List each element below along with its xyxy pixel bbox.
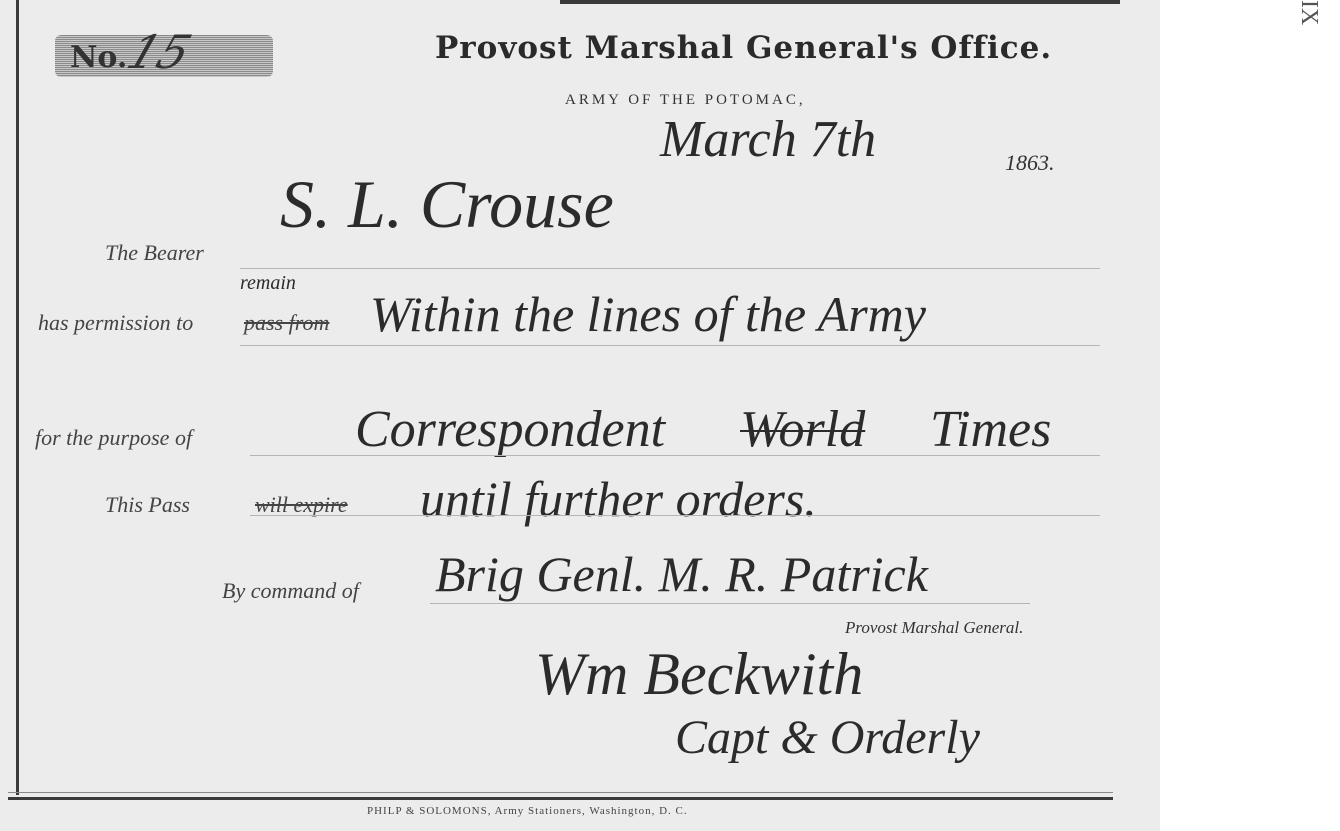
number-label: No. [70,40,127,75]
date-year: 1863. [1005,150,1055,176]
purpose-value: Correspondent [355,400,665,459]
signature: Wm Beckwith [535,640,863,709]
permission-value: Within the lines of the Army [370,285,926,343]
permission-insert: remain [240,272,296,295]
top-border [560,0,1120,4]
purpose-value2: Times [930,400,1051,459]
bottom-border [8,797,1113,800]
purpose-label: for the purpose of [35,425,192,451]
command-label: By command of [222,578,359,604]
pass-line [250,515,1100,516]
pass-document: No. 15 Provost Marshal General's Office.… [0,0,1160,831]
permission-line [240,345,1100,346]
bottom-border-thin [8,792,1113,793]
printer-footer: PHILP & SOLOMONS, Army Stationers, Washi… [367,805,688,817]
army-subtitle: ARMY OF THE POTOMAC, [565,92,806,109]
pass-value: until further orders. [420,470,817,528]
edge-mark: IX [1295,0,1322,25]
bearer-line [240,268,1100,269]
purpose-line [250,455,1100,456]
pass-label: This Pass [105,492,190,518]
purpose-struck: World [740,400,865,459]
office-title: Provost Marshal General's Office. [435,30,1052,66]
date-handwritten: March 7th [660,110,876,169]
command-value: Brig Genl. M. R. Patrick [435,545,928,603]
bearer-label: The Bearer [105,240,204,266]
office-signature-title: Provost Marshal General. [845,618,1023,638]
permission-label: has permission to [38,310,193,336]
left-border [16,0,19,795]
signature-title: Capt & Orderly [675,710,980,765]
bearer-name: S. L. Crouse [280,165,614,244]
permission-struck: pass from [244,310,329,336]
command-line [430,603,1030,604]
